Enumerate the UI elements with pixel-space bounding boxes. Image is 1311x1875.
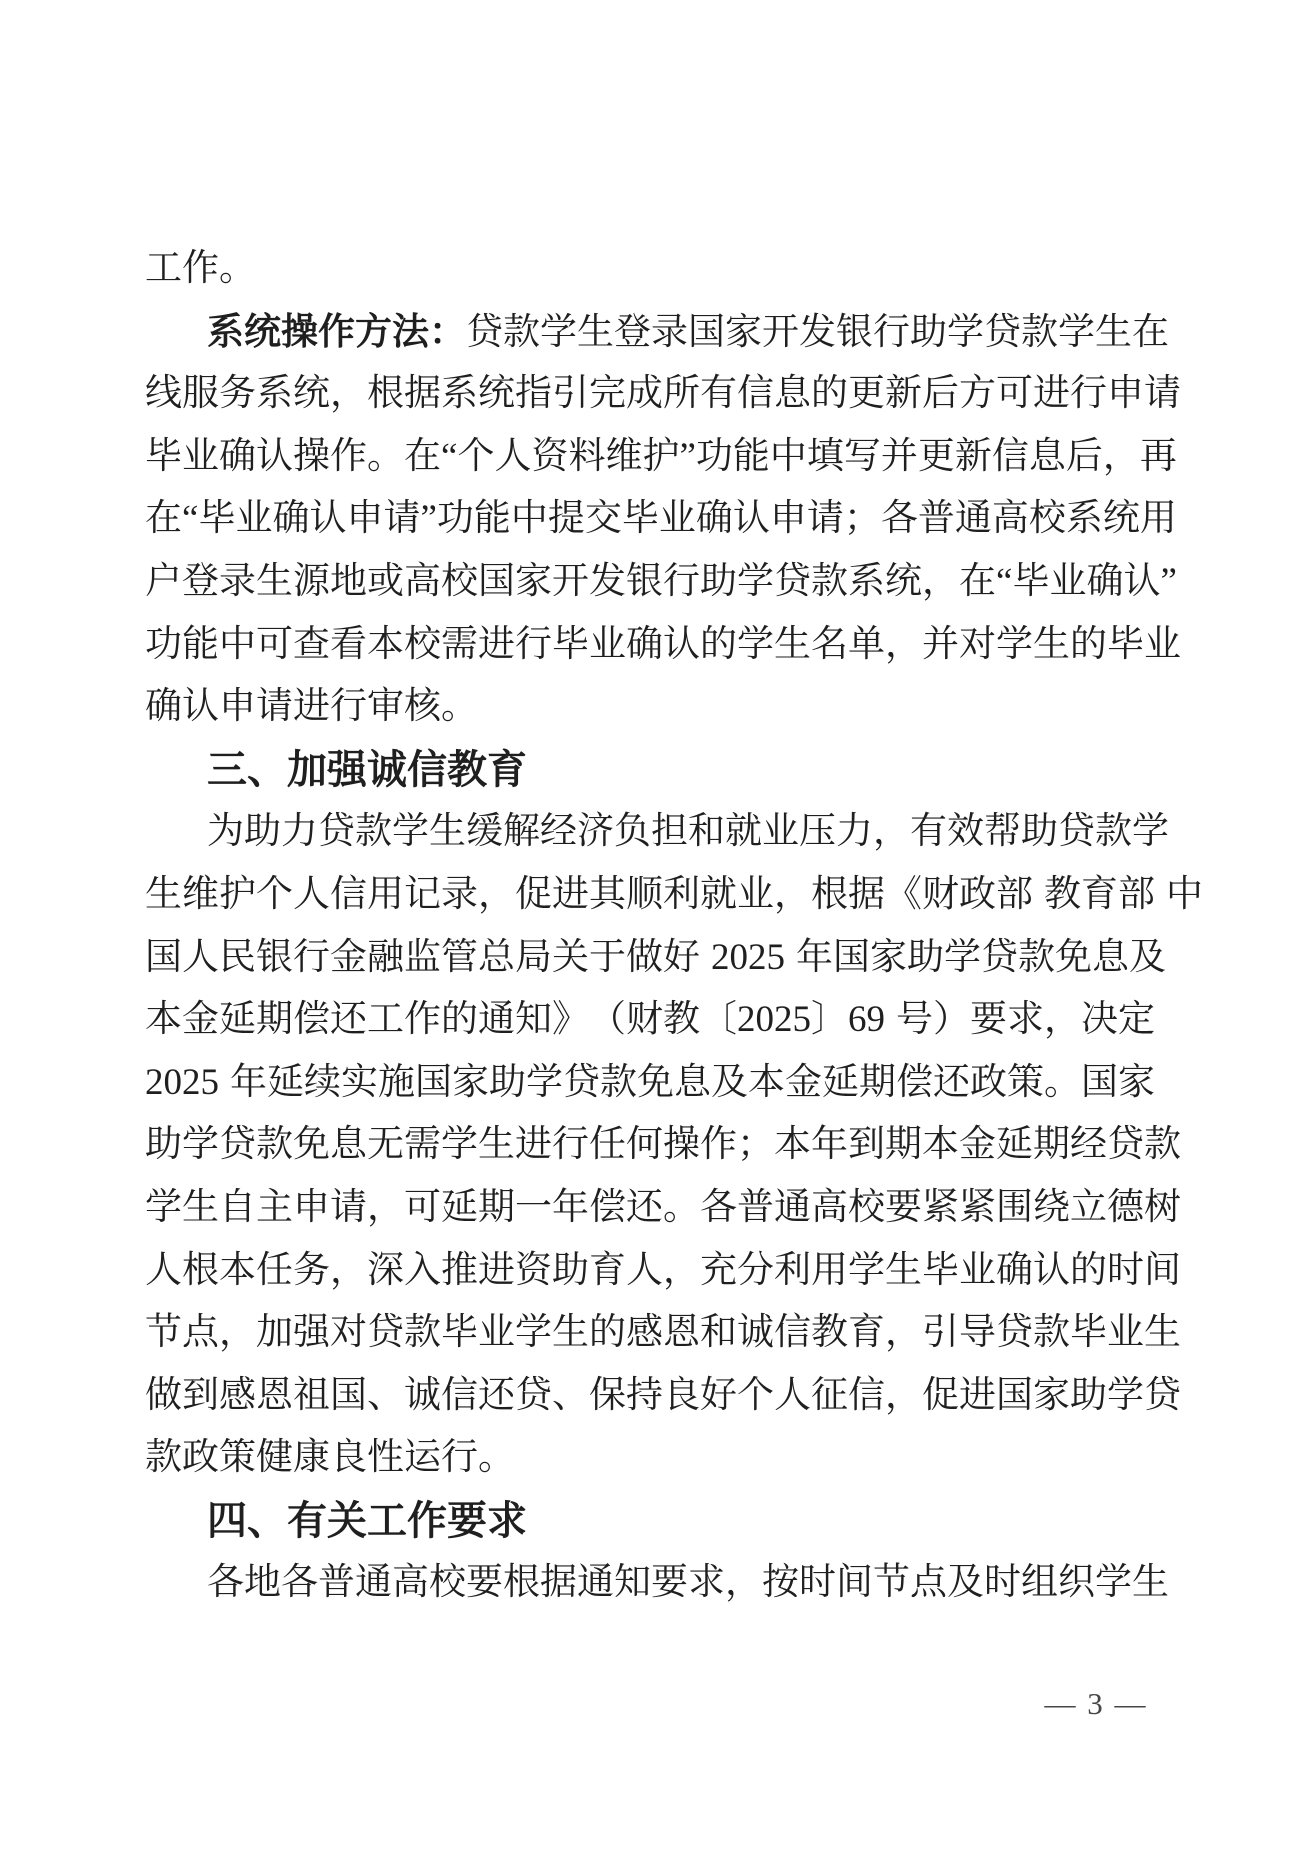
glyph: ， [885,1302,922,1365]
glyph: 助 [244,801,281,864]
glyph: 对 [959,614,996,677]
text-line: 工作。 [145,238,1155,301]
glyph: 校 [848,1177,885,1240]
glyph: 财 [922,864,959,927]
glyph: 加 [256,1302,293,1365]
glyph: 和 [700,1302,737,1365]
glyph: 在 [959,551,996,614]
glyph: 点 [910,1552,947,1615]
glyph: 助 [700,551,737,614]
glyph: 进 [478,614,515,677]
glyph: 组 [1021,1552,1058,1615]
glyph: 生 [145,864,182,927]
glyph: 方 [959,363,996,426]
glyph: 业 [959,1240,996,1303]
glyph: 良 [663,1365,700,1428]
glyph: 业 [737,864,774,927]
glyph: ， [367,1177,404,1240]
glyph: ， [1103,426,1140,489]
glyph: 延 [822,1052,859,1115]
glyph: 录 [441,864,478,927]
glyph: 贷 [984,302,1021,365]
glyph: 要 [970,989,1007,1052]
glyph: 负 [614,801,651,864]
glyph: 金 [330,927,367,990]
glyph: 《 [885,864,922,927]
glyph: 生 [1033,614,1070,677]
glyph: 金 [959,1114,996,1177]
glyph: 新 [885,363,922,426]
glyph: 款 [1095,801,1132,864]
glyph: 认 [256,426,293,489]
glyph: 学 [441,1114,478,1177]
text-line: 各地各普通高校要根据通知要求，按时间节点及时组织学生 [145,1552,1155,1615]
glyph: 信 [774,1302,811,1365]
glyph: 免 [1055,927,1092,990]
glyph: 普 [318,1552,355,1615]
glyph: 后 [922,363,959,426]
glyph: 高 [392,1552,429,1615]
glyph: 系 [441,363,478,426]
text-line: 本金延期偿还工作的通知》（财教〔2025〕69号）要求，决定 [145,989,1155,1052]
glyph: 务 [219,363,256,426]
glyph: 所 [663,363,700,426]
glyph: 主 [256,1177,293,1240]
glyph: 期 [1033,1114,1070,1177]
glyph: 。 [663,1177,700,1240]
glyph: ， [922,551,959,614]
glyph: 在 [1132,302,1169,365]
glyph: 功 [437,488,474,551]
glyph: 节 [145,1302,182,1365]
glyph: 偿 [589,1177,626,1240]
glyph: 源 [293,551,330,614]
glyph: 通 [774,1177,811,1240]
glyph: 统 [1103,488,1140,551]
glyph: 贷 [563,1052,600,1115]
glyph: 感 [626,1302,663,1365]
glyph: 其 [589,864,626,927]
text-line: 为助力贷款学生缓解经济负担和就业压力，有效帮助贷款学 [145,801,1155,864]
glyph: 〔 [700,989,737,1052]
glyph: 引 [552,363,589,426]
glyph: 作 [700,1114,737,1177]
glyph: 认 [733,488,770,551]
glyph: 通 [577,1552,614,1615]
text-line: 系统操作方法：贷款学生登录国家开发银行助学贷款学生在 [145,301,1155,364]
glyph: 款 [256,1114,293,1177]
text-line: 线服务系统，根据系统指引完成所有信息的更新后方可进行申请 [145,363,1155,426]
glyph: 。 [367,426,404,489]
glyph: 利 [663,864,700,927]
text-line: 功能中可查看本校需进行毕业确认的学生名单，并对学生的毕业 [145,614,1155,677]
glyph: 好 [663,927,700,990]
glyph: 缓 [466,801,503,864]
glyph: 及 [947,1552,984,1615]
glyph: 国 [688,302,725,365]
glyph: 生 [182,1177,219,1240]
glyph: 操 [281,301,318,364]
glyph: 经 [540,801,577,864]
glyph: 确 [219,426,256,489]
glyph: 生 [1132,1552,1169,1615]
glyph: 款 [600,1052,637,1115]
glyph: 及 [711,1052,748,1115]
text-line: 确认申请进行审核。 [145,676,1155,739]
glyph: 为 [207,801,244,864]
glyph: 诚 [404,1365,441,1428]
glyph: 育 [1081,864,1118,927]
glyph: 还 [933,1052,970,1115]
glyph: 学 [392,801,429,864]
glyph: 贷 [367,1302,404,1365]
glyph: ” [679,426,695,489]
glyph: 、 [552,1365,589,1428]
glyph: 开 [552,551,589,614]
glyph: 后 [1066,426,1103,489]
glyph: 系 [1066,488,1103,551]
glyph: 申 [1107,363,1144,426]
glyph: 法 [392,301,429,364]
glyph: ： [429,301,466,364]
glyph: 深 [367,1240,404,1303]
glyph: 务 [293,1240,330,1303]
glyph: 续 [304,1052,341,1115]
glyph: ， [219,1302,256,1365]
glyph: 、 [367,1365,404,1428]
glyph: 高 [811,1177,848,1240]
glyph: 对 [330,1302,367,1365]
glyph: 要 [466,1552,503,1615]
glyph: 各 [207,1552,244,1615]
glyph: 济 [577,801,614,864]
glyph: 人 [494,426,531,489]
glyph: 业 [1144,614,1181,677]
glyph: 业 [1049,551,1086,614]
glyph: 进 [515,1114,552,1177]
glyph: 统 [244,301,281,364]
glyph: 申 [770,488,807,551]
glyph: 国 [478,551,515,614]
glyph: 毕 [922,1240,959,1303]
glyph: 登 [182,551,219,614]
glyph: 信 [848,1365,885,1428]
glyph: 解 [503,801,540,864]
glyph: 作 [318,301,355,364]
glyph: 的 [589,1302,626,1365]
text-line: 户登录生源地或高校国家开发银行助学贷款系统，在“毕业确认” [145,551,1155,614]
glyph: 行 [293,927,330,990]
glyph: 何 [626,1114,663,1177]
glyph: 2025 [737,989,811,1052]
glyph: 填 [807,426,844,489]
glyph: 经 [1070,1114,1107,1177]
text-line: 国人民银行金融监管总局关于做好2025年国家助学贷款免息及 [145,927,1155,990]
glyph: 新 [955,426,992,489]
glyph: 生 [429,801,466,864]
glyph: 普 [737,1177,774,1240]
glyph: 个 [737,1365,774,1428]
glyph: 无 [367,1114,404,1177]
glyph: 进 [552,864,589,927]
glyph: 征 [811,1365,848,1428]
glyph: 生 [1095,302,1132,365]
glyph: 求 [688,1552,725,1615]
glyph: 校 [1029,488,1066,551]
glyph: 就 [700,864,737,927]
glyph: 款 [1144,1114,1181,1177]
glyph: 行 [663,551,700,614]
glyph: 国 [415,1052,452,1115]
glyph: 本 [748,1052,785,1115]
glyph: 请 [383,488,420,551]
glyph: 自 [219,1177,256,1240]
glyph: 请 [1144,363,1181,426]
glyph: 国 [833,927,870,990]
glyph: 服 [182,363,219,426]
glyph: 系 [207,301,244,364]
glyph: 祖 [293,1365,330,1428]
glyph: 息 [330,1114,367,1177]
glyph: 业 [589,614,626,677]
glyph: 作 [404,989,441,1052]
glyph: 国 [996,1365,1033,1428]
glyph: 期 [885,1114,922,1177]
glyph: 时 [984,1552,1021,1615]
glyph: 人 [626,1240,663,1303]
glyph: 完 [589,363,626,426]
glyph: 力 [281,801,318,864]
glyph: 户 [145,551,182,614]
glyph: 紧 [922,1177,959,1240]
glyph: 偿 [896,1052,933,1115]
glyph: 教 [1044,864,1081,927]
glyph: 偿 [293,989,330,1052]
glyph: 有 [910,801,947,864]
glyph: 贷 [996,1302,1033,1365]
glyph: 操 [663,1114,700,1177]
glyph: 金 [182,989,219,1052]
glyph: 人 [293,864,330,927]
glyph: 维 [605,426,642,489]
glyph: 一 [515,1177,552,1240]
glyph: 德 [1107,1177,1144,1240]
text-line: 助学贷款免息无需学生进行任何操作；本年到期本金延期经贷款 [145,1114,1155,1177]
glyph: 家 [1118,1052,1155,1115]
glyph: 家 [1033,1365,1070,1428]
glyph: 认 [1033,1240,1070,1303]
glyph: “ [441,426,457,489]
glyph: 决 [1081,989,1118,1052]
glyph: 促 [922,1365,959,1428]
glyph: 人 [145,1240,182,1303]
page-number: — 3 — [1031,1684,1161,1724]
glyph: 贷 [1058,801,1095,864]
glyph: 中 [770,426,807,489]
glyph: 据 [540,1552,577,1615]
glyph: 做 [626,927,663,990]
glyph: 能 [182,614,219,677]
glyph: 延 [996,1114,1033,1177]
glyph: 号 [896,989,933,1052]
glyph: 好 [700,1365,737,1428]
glyph: 根 [367,363,404,426]
glyph: 款 [404,1302,441,1365]
glyph: 年 [811,1114,848,1177]
glyph: 学 [1095,1552,1132,1615]
glyph: 各 [281,1552,318,1615]
glyph: 高 [992,488,1029,551]
section-heading: 四、有关工作要求 [145,1490,1155,1553]
glyph: 要 [885,1177,922,1240]
glyph: 毕 [198,488,235,551]
glyph: 学 [526,1052,563,1115]
glyph: 利 [774,1240,811,1303]
glyph: 工 [367,989,404,1052]
glyph: 再 [1140,426,1177,489]
glyph: 行 [873,302,910,365]
glyph: 单 [848,614,885,677]
glyph: 提 [548,488,585,551]
glyph: 成 [626,363,663,426]
glyph: 策 [1007,1052,1044,1115]
glyph: 录 [219,551,256,614]
glyph: 及 [1129,927,1166,990]
glyph: 学 [944,927,981,990]
glyph: 2025 [145,1052,219,1115]
glyph: 到 [182,1365,219,1428]
glyph: 贷 [219,1114,256,1177]
glyph: ， [1044,989,1081,1052]
glyph: 款 [503,302,540,365]
glyph: 确 [696,488,733,551]
glyph: 信 [441,1365,478,1428]
glyph: 期 [256,989,293,1052]
glyph: 写 [844,426,881,489]
glyph: 名 [811,614,848,677]
glyph: 能 [474,488,511,551]
glyph: 中 [219,614,256,677]
glyph: 息 [1029,426,1066,489]
glyph: 款 [355,801,392,864]
glyph: 录 [651,302,688,365]
glyph: 学 [947,302,984,365]
glyph: 需 [404,1114,441,1177]
glyph: 求 [1007,989,1044,1052]
glyph: 贷 [774,551,811,614]
glyph: 实 [341,1052,378,1115]
glyph: 功 [145,614,182,677]
glyph: 毕 [622,488,659,551]
glyph: 进 [1033,363,1070,426]
glyph: 时 [799,1552,836,1615]
glyph: 的 [1070,1240,1107,1303]
glyph: 毕 [1070,1302,1107,1365]
glyph: 查 [293,614,330,677]
glyph: ； [737,1114,774,1177]
document-page: 工作。系统操作方法：贷款学生登录国家开发银行助学贷款学生在线服务系统，根据系统指… [0,0,1311,1875]
glyph: 知 [515,989,552,1052]
glyph: 助 [552,1240,589,1303]
glyph: 总 [478,927,515,990]
glyph: 到 [848,1114,885,1177]
glyph: 部 [996,864,1033,927]
glyph: 立 [1070,1177,1107,1240]
glyph: 交 [585,488,622,551]
glyph: 可 [256,614,293,677]
glyph: 树 [1144,1177,1181,1240]
glyph: 银 [626,551,663,614]
glyph: 料 [568,426,605,489]
glyph: 按 [762,1552,799,1615]
glyph: 个 [256,864,293,927]
glyph: 〕 [811,989,848,1052]
glyph: 学 [515,1302,552,1365]
glyph: 申 [346,488,383,551]
glyph: 时 [1107,1240,1144,1303]
glyph: 款 [811,551,848,614]
glyph: 做 [145,1365,182,1428]
glyph: 定 [1118,989,1155,1052]
glyph: 人 [774,1365,811,1428]
glyph: 确 [1086,551,1123,614]
glyph: ， [330,1240,367,1303]
glyph: 局 [515,927,552,990]
glyph: 监 [404,927,441,990]
glyph: 助 [489,1052,526,1115]
glyph: 年 [552,1177,589,1240]
glyph: 。 [1044,1052,1081,1115]
glyph: ） [933,989,970,1052]
glyph: 学 [737,614,774,677]
glyph: 本 [922,1114,959,1177]
glyph: 免 [637,1052,674,1115]
glyph: 贷 [515,1365,552,1428]
glyph: 生 [774,614,811,677]
glyph: 业 [235,488,272,551]
glyph: 护 [642,426,679,489]
glyph: 在 [404,426,441,489]
glyph: 通 [355,1552,392,1615]
glyph: ， [478,864,515,927]
glyph: 线 [145,363,182,426]
glyph: 请 [807,488,844,551]
glyph: 系 [256,363,293,426]
glyph: 政 [970,1052,1007,1115]
glyph: “ [996,551,1012,614]
glyph: 助 [907,927,944,990]
glyph: 确 [626,614,663,677]
glyph: 看 [330,614,367,677]
glyph: ， [725,1552,762,1615]
glyph: 发 [589,551,626,614]
glyph: 信 [737,363,774,426]
glyph: ， [330,363,367,426]
glyph: 于 [589,927,626,990]
glyph: 并 [881,426,918,489]
glyph: 诚 [737,1302,774,1365]
glyph: 系 [848,551,885,614]
glyph: 感 [219,1365,256,1428]
glyph: 要 [651,1552,688,1615]
glyph: ； [844,488,881,551]
glyph: 确 [996,1240,1033,1303]
glyph: 中 [1166,864,1203,927]
glyph: （ [589,989,626,1052]
glyph: 据 [848,864,885,927]
glyph: 校 [441,551,478,614]
glyph: 助 [1021,801,1058,864]
